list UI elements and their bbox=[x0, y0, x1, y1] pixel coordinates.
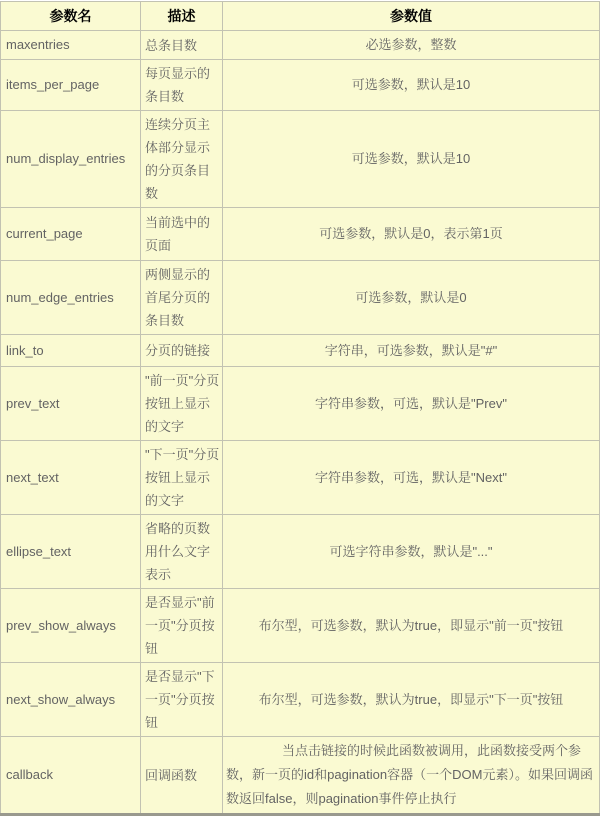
table-row: next_show_always 是否显示"下一页"分页按钮 布尔型，可选参数，… bbox=[1, 663, 600, 737]
param-desc-cell: 当前选中的页面 bbox=[141, 208, 223, 261]
param-desc-cell: 是否显示"前一页"分页按钮 bbox=[141, 589, 223, 663]
param-value-cell: 可选参数，默认是10 bbox=[223, 111, 600, 208]
param-value-cell: 可选参数，默认是0 bbox=[223, 261, 600, 335]
param-name-cell: prev_show_always bbox=[1, 589, 141, 663]
param-name-cell: current_page bbox=[1, 208, 141, 261]
table-row: maxentries 总条目数 必选参数，整数 bbox=[1, 31, 600, 60]
header-row: 参数名 描述 参数值 bbox=[1, 2, 600, 31]
param-value-cell: 字符串参数，可选，默认是"Prev" bbox=[223, 367, 600, 441]
param-name-cell: num_edge_entries bbox=[1, 261, 141, 335]
param-value-cell: 布尔型，可选参数，默认为true，即显示"前一页"按钮 bbox=[223, 589, 600, 663]
param-desc-cell: "下一页"分页按钮上显示的文字 bbox=[141, 441, 223, 515]
param-desc-cell: "前一页"分页按钮上显示的文字 bbox=[141, 367, 223, 441]
param-name-cell: num_display_entries bbox=[1, 111, 141, 208]
table-row: callback 回调函数 当点击链接的时候此函数被调用，此函数接受两个参数，新… bbox=[1, 737, 600, 815]
param-value-cell: 可选参数，默认是0，表示第1页 bbox=[223, 208, 600, 261]
table-row: current_page 当前选中的页面 可选参数，默认是0，表示第1页 bbox=[1, 208, 600, 261]
param-desc-cell: 回调函数 bbox=[141, 737, 223, 815]
param-value-cell: 字符串参数，可选，默认是"Next" bbox=[223, 441, 600, 515]
param-desc-cell: 连续分页主体部分显示的分页条目数 bbox=[141, 111, 223, 208]
param-value-cell: 当点击链接的时候此函数被调用，此函数接受两个参数，新一页的id和paginati… bbox=[223, 737, 600, 815]
table-body: maxentries 总条目数 必选参数，整数 items_per_page 每… bbox=[1, 31, 600, 815]
param-name-cell: next_text bbox=[1, 441, 141, 515]
table-row: prev_text "前一页"分页按钮上显示的文字 字符串参数，可选，默认是"P… bbox=[1, 367, 600, 441]
pagination-parameters-table: 参数名 描述 参数值 maxentries 总条目数 必选参数，整数 items… bbox=[0, 1, 600, 816]
table-row: items_per_page 每页显示的条目数 可选参数，默认是10 bbox=[1, 60, 600, 111]
table-row: ellipse_text 省略的页数用什么文字表示 可选字符串参数，默认是"..… bbox=[1, 515, 600, 589]
param-desc-cell: 是否显示"下一页"分页按钮 bbox=[141, 663, 223, 737]
param-value-cell: 必选参数，整数 bbox=[223, 31, 600, 60]
param-name-cell: ellipse_text bbox=[1, 515, 141, 589]
param-name-cell: link_to bbox=[1, 335, 141, 367]
table-row: prev_show_always 是否显示"前一页"分页按钮 布尔型，可选参数，… bbox=[1, 589, 600, 663]
param-desc-cell: 分页的链接 bbox=[141, 335, 223, 367]
table-row: num_edge_entries 两侧显示的首尾分页的条目数 可选参数，默认是0 bbox=[1, 261, 600, 335]
param-desc-cell: 省略的页数用什么文字表示 bbox=[141, 515, 223, 589]
param-value-cell: 布尔型，可选参数，默认为true，即显示"下一页"按钮 bbox=[223, 663, 600, 737]
table-row: link_to 分页的链接 字符串，可选参数，默认是"#" bbox=[1, 335, 600, 367]
column-header-description: 描述 bbox=[141, 2, 223, 31]
param-value-cell: 可选参数，默认是10 bbox=[223, 60, 600, 111]
param-name-cell: prev_text bbox=[1, 367, 141, 441]
param-name-cell: maxentries bbox=[1, 31, 141, 60]
table-row: next_text "下一页"分页按钮上显示的文字 字符串参数，可选，默认是"N… bbox=[1, 441, 600, 515]
column-header-param-value: 参数值 bbox=[223, 2, 600, 31]
param-desc-cell: 两侧显示的首尾分页的条目数 bbox=[141, 261, 223, 335]
param-name-cell: items_per_page bbox=[1, 60, 141, 111]
param-value-cell: 字符串，可选参数，默认是"#" bbox=[223, 335, 600, 367]
param-name-cell: next_show_always bbox=[1, 663, 141, 737]
column-header-param-name: 参数名 bbox=[1, 2, 141, 31]
param-value-cell: 可选字符串参数，默认是"..." bbox=[223, 515, 600, 589]
param-desc-cell: 每页显示的条目数 bbox=[141, 60, 223, 111]
table-row: num_display_entries 连续分页主体部分显示的分页条目数 可选参… bbox=[1, 111, 600, 208]
param-desc-cell: 总条目数 bbox=[141, 31, 223, 60]
param-name-cell: callback bbox=[1, 737, 141, 815]
